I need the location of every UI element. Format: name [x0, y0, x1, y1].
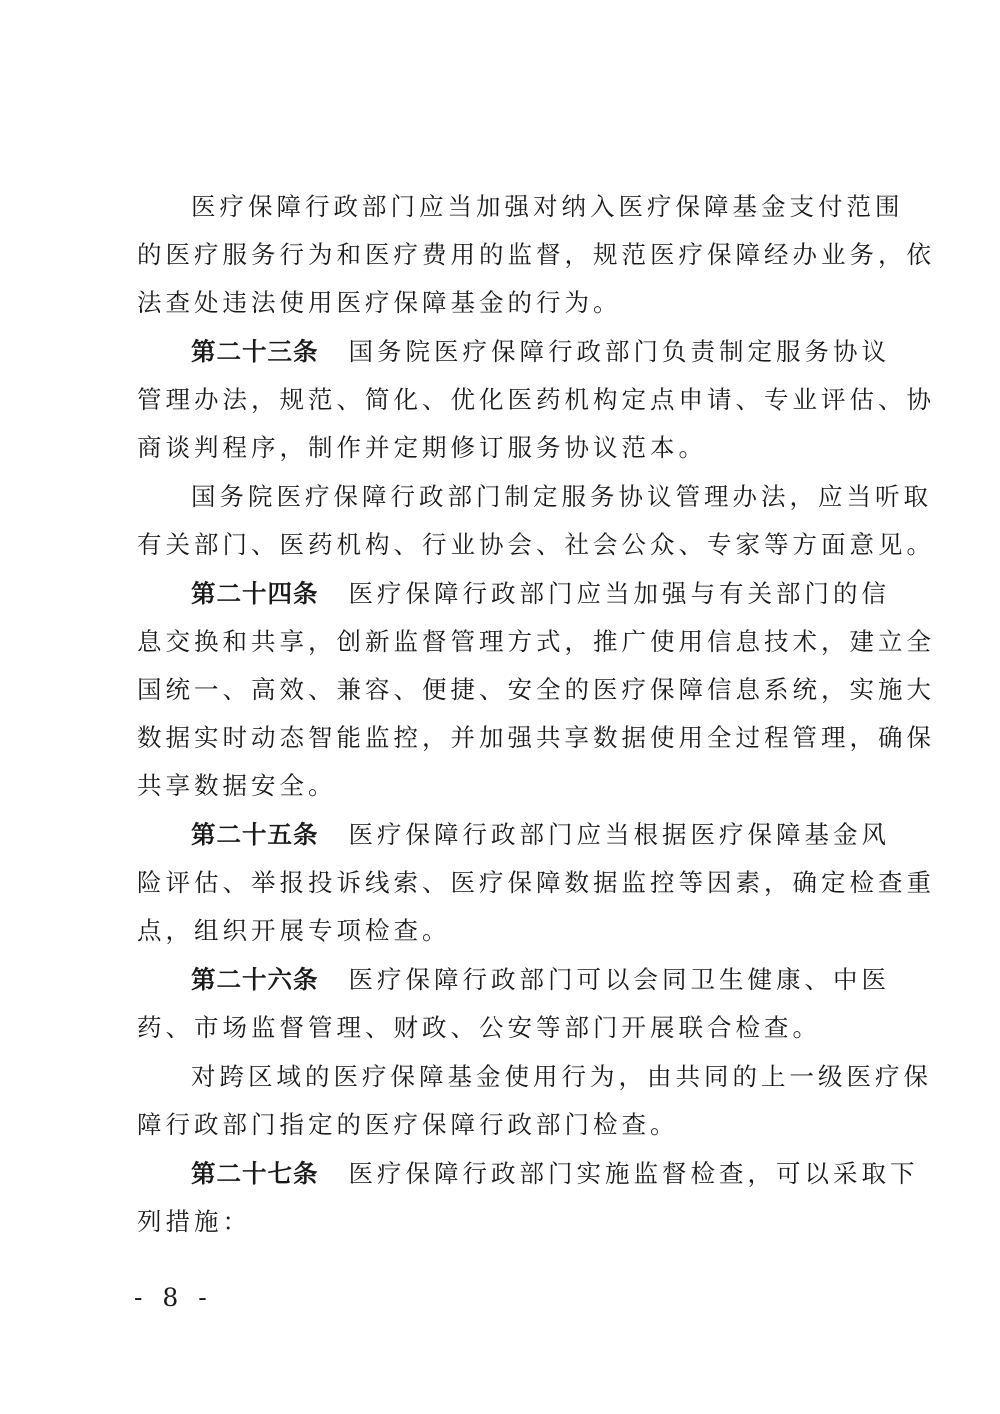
text-line: 药、市场监督管理、财政、公安等部门开展联合检查。: [137, 1004, 879, 1052]
article-25: 第二十五条医疗保障行政部门应当根据医疗保障基金风 险评估、举报投诉线索、医疗保障…: [137, 811, 879, 955]
text-line: 险评估、举报投诉线索、医疗保障数据监控等因素，确定检查重: [137, 859, 879, 907]
paragraph: 对跨区域的医疗保障基金使用行为，由共同的上一级医疗保 障行政部门指定的医疗保障行…: [137, 1053, 879, 1149]
article-text: 医疗保障行政部门应当根据医疗保障基金风: [349, 820, 891, 849]
article-text: 医疗保障行政部门实施监督检查，可以采取下: [349, 1159, 919, 1188]
text-line: 共享数据安全。: [137, 762, 879, 810]
article-number: 第二十四条: [191, 579, 319, 608]
text-line: 第二十三条国务院医疗保障行政部门负责制定服务协议: [137, 328, 879, 376]
article-text: 医疗保障行政部门可以会同卫生健康、中医: [349, 965, 891, 994]
paragraph: 国务院医疗保障行政部门制定服务协议管理办法，应当听取 有关部门、医药机构、行业协…: [137, 473, 879, 569]
text-line: 有关部门、医药机构、行业协会、社会公众、专家等方面意见。: [137, 521, 879, 569]
article-number: 第二十六条: [191, 965, 319, 994]
article-number: 第二十五条: [191, 820, 319, 849]
article-number: 第二十三条: [191, 337, 319, 366]
article-27: 第二十七条医疗保障行政部门实施监督检查，可以采取下 列措施：: [137, 1150, 879, 1246]
text-line: 国务院医疗保障行政部门制定服务协议管理办法，应当听取: [137, 473, 879, 521]
text-line: 第二十五条医疗保障行政部门应当根据医疗保障基金风: [137, 811, 879, 859]
paragraph: 医疗保障行政部门应当加强对纳入医疗保障基金支付范围 的医疗服务行为和医疗费用的监…: [137, 183, 879, 327]
text-line: 点，组织开展专项检查。: [137, 907, 879, 955]
article-text: 国务院医疗保障行政部门负责制定服务协议: [349, 337, 891, 366]
article-24: 第二十四条医疗保障行政部门应当加强与有关部门的信 息交换和共享，创新监督管理方式…: [137, 570, 879, 810]
text-line: 第二十七条医疗保障行政部门实施监督检查，可以采取下: [137, 1150, 879, 1198]
text-line: 数据实时动态智能监控，并加强共享数据使用全过程管理，确保: [137, 714, 879, 762]
article-number: 第二十七条: [191, 1159, 319, 1188]
text-line: 第二十六条医疗保障行政部门可以会同卫生健康、中医: [137, 956, 879, 1004]
text-line: 第二十四条医疗保障行政部门应当加强与有关部门的信: [137, 570, 879, 618]
document-page: 医疗保障行政部门应当加强对纳入医疗保障基金支付范围 的医疗服务行为和医疗费用的监…: [137, 183, 879, 1246]
text-line: 医疗保障行政部门应当加强对纳入医疗保障基金支付范围: [137, 183, 879, 231]
text-line: 国统一、高效、兼容、便捷、安全的医疗保障信息系统，实施大: [137, 666, 879, 714]
text-line: 法查处违法使用医疗保障基金的行为。: [137, 279, 879, 327]
text-line: 对跨区域的医疗保障基金使用行为，由共同的上一级医疗保: [137, 1053, 879, 1101]
page-number: - 8 -: [134, 1283, 213, 1312]
article-26: 第二十六条医疗保障行政部门可以会同卫生健康、中医 药、市场监督管理、财政、公安等…: [137, 956, 879, 1052]
article-23: 第二十三条国务院医疗保障行政部门负责制定服务协议 管理办法，规范、简化、优化医药…: [137, 328, 879, 472]
text-line: 列措施：: [137, 1198, 879, 1246]
text-line: 的医疗服务行为和医疗费用的监督，规范医疗保障经办业务，依: [137, 231, 879, 279]
article-text: 医疗保障行政部门应当加强与有关部门的信: [349, 579, 891, 608]
text-line: 商谈判程序，制作并定期修订服务协议范本。: [137, 424, 879, 472]
text-line: 息交换和共享，创新监督管理方式，推广使用信息技术，建立全: [137, 618, 879, 666]
text-line: 障行政部门指定的医疗保障行政部门检查。: [137, 1101, 879, 1149]
text-line: 管理办法，规范、简化、优化医药机构定点申请、专业评估、协: [137, 376, 879, 424]
